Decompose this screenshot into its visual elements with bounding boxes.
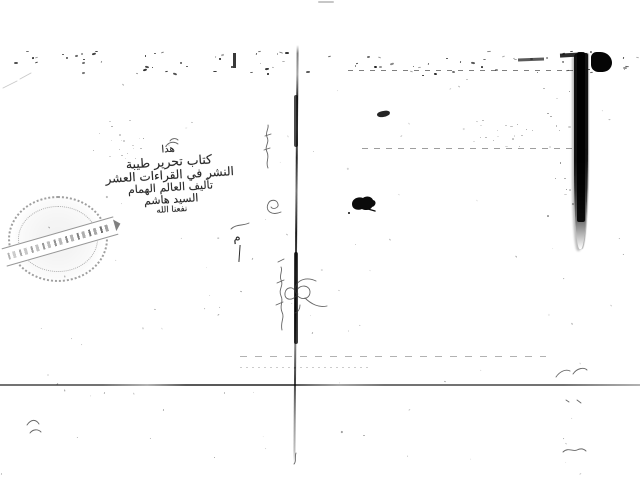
scan-artifact-dash <box>233 53 236 68</box>
top-smudge <box>318 1 334 3</box>
dashed-scan-line <box>348 70 576 71</box>
binding-fold-dark-segment <box>294 95 298 147</box>
page-edge-shadow-core <box>577 52 585 222</box>
dotted-scan-line <box>240 367 372 368</box>
binding-fold-dark-segment <box>294 252 298 344</box>
scanned-manuscript-page: هذا كتاب تحرير طيبة النشر في القراءات ال… <box>0 0 640 480</box>
scan-black-blob <box>591 52 612 72</box>
waqf-stamp <box>8 196 108 282</box>
quire-mark: م <box>232 230 241 245</box>
dashed-scan-line <box>362 148 578 149</box>
horizontal-scan-line <box>0 384 640 386</box>
dashed-scan-line <box>240 356 546 357</box>
manuscript-title-block: هذا كتاب تحرير طيبة النشر في القراءات ال… <box>96 140 244 220</box>
